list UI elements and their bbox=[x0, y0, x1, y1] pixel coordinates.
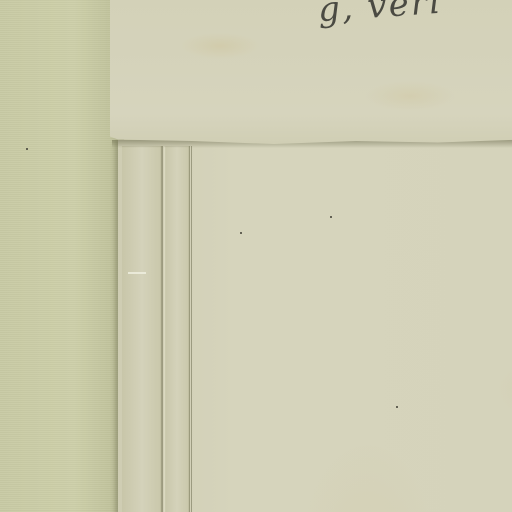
fold-crease bbox=[191, 146, 192, 512]
ink-speck bbox=[330, 216, 332, 218]
photo-scene: g, veri bbox=[0, 0, 512, 512]
upper-paper-sheet bbox=[110, 0, 512, 144]
paper-scratch-mark bbox=[128, 272, 146, 274]
ink-speck bbox=[26, 148, 28, 150]
green-mat-background bbox=[0, 0, 124, 512]
ink-speck bbox=[396, 406, 398, 408]
ink-speck bbox=[240, 232, 242, 234]
folded-edge-inner bbox=[164, 146, 190, 512]
folded-edge-outer bbox=[122, 146, 162, 512]
fold-crease bbox=[162, 146, 163, 512]
